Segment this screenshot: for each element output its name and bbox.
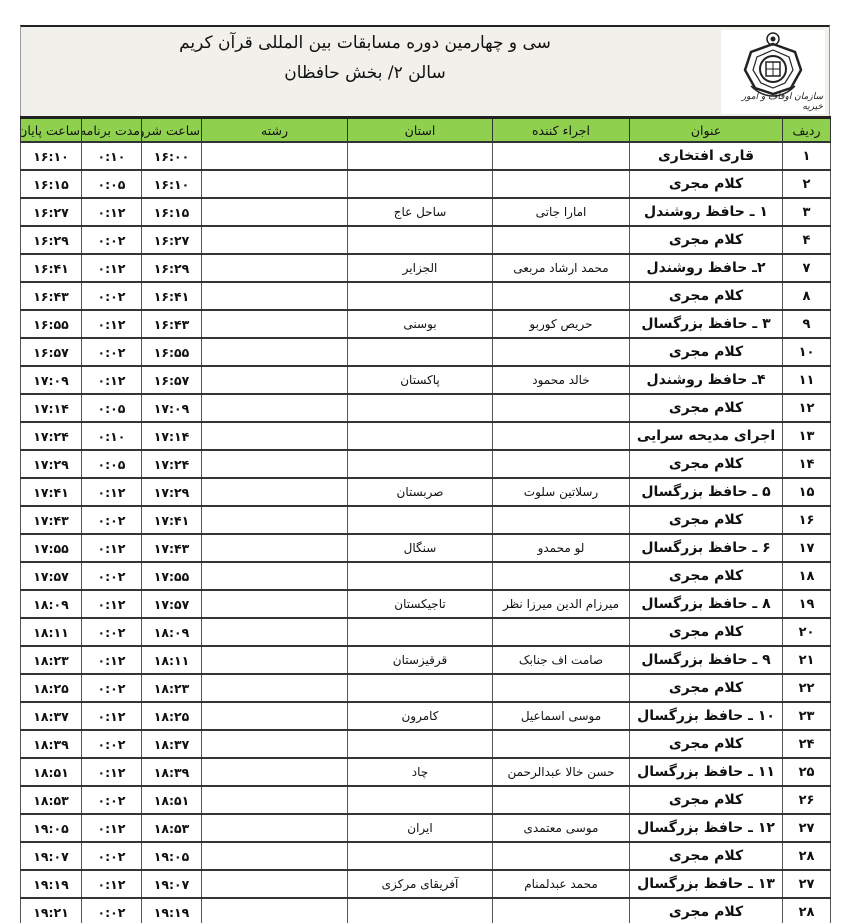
start-time: ۱۷:۵۷: [142, 590, 202, 618]
column-header-end-time: ساعت پایان: [21, 118, 82, 143]
end-time: ۱۹:۰۷: [21, 842, 82, 870]
table-row: ۱۲ کلام مجری ۱۷:۰۹ ۰:۰۵ ۱۷:۱۴: [21, 394, 831, 422]
province: [348, 562, 493, 590]
row-number: ۳: [783, 198, 831, 226]
field: [202, 786, 348, 814]
row-number: ۱۲: [783, 394, 831, 422]
field: [202, 618, 348, 646]
table-row: ۱۹ ۸ ـ حافظ بزرگسال میرزام الدین میرزا ن…: [21, 590, 831, 618]
start-time: ۱۶:۲۷: [142, 226, 202, 254]
table-row: ۴ کلام مجری ۱۶:۲۷ ۰:۰۲ ۱۶:۲۹: [21, 226, 831, 254]
row-number: ۱۵: [783, 478, 831, 506]
duration: ۰:۰۲: [82, 226, 142, 254]
field: [202, 254, 348, 282]
performer: حریص کوربو: [493, 310, 630, 338]
program-title: کلام مجری: [630, 282, 783, 310]
end-time: ۱۷:۴۱: [21, 478, 82, 506]
field: [202, 870, 348, 898]
table-row: ۱۶ کلام مجری ۱۷:۴۱ ۰:۰۲ ۱۷:۴۳: [21, 506, 831, 534]
field: [202, 170, 348, 198]
performer: [493, 394, 630, 422]
field: [202, 422, 348, 450]
start-time: ۱۷:۰۹: [142, 394, 202, 422]
start-time: ۱۶:۵۵: [142, 338, 202, 366]
performer: [493, 674, 630, 702]
province: [348, 618, 493, 646]
table-row: ۱۳ اجرای مدیحه سرایی ۱۷:۱۴ ۰:۱۰ ۱۷:۲۴: [21, 422, 831, 450]
province: صربستان: [348, 478, 493, 506]
table-row: ۲ کلام مجری ۱۶:۱۰ ۰:۰۵ ۱۶:۱۵: [21, 170, 831, 198]
row-number: ۲۲: [783, 674, 831, 702]
row-number: ۴: [783, 226, 831, 254]
row-number: ۱۸: [783, 562, 831, 590]
program-title: کلام مجری: [630, 786, 783, 814]
field: [202, 674, 348, 702]
performer: خالد محمود: [493, 366, 630, 394]
duration: ۰:۱۲: [82, 590, 142, 618]
duration: ۰:۰۲: [82, 898, 142, 923]
table-row: ۲۴ کلام مجری ۱۸:۳۷ ۰:۰۲ ۱۸:۳۹: [21, 730, 831, 758]
program-title: کلام مجری: [630, 338, 783, 366]
program-title: قاری افتخاری: [630, 142, 783, 170]
start-time: ۱۹:۰۵: [142, 842, 202, 870]
start-time: ۱۶:۱۰: [142, 170, 202, 198]
end-time: ۱۹:۲۱: [21, 898, 82, 923]
province: [348, 506, 493, 534]
table-row: ۲۸ کلام مجری ۱۹:۱۹ ۰:۰۲ ۱۹:۲۱: [21, 898, 831, 923]
row-number: ۲۳: [783, 702, 831, 730]
field: [202, 646, 348, 674]
column-header-province: استان: [348, 118, 493, 143]
program-title: کلام مجری: [630, 562, 783, 590]
duration: ۰:۱۲: [82, 702, 142, 730]
program-title: ۸ ـ حافظ بزرگسال: [630, 590, 783, 618]
start-time: ۱۷:۵۵: [142, 562, 202, 590]
field: [202, 562, 348, 590]
row-number: ۱۶: [783, 506, 831, 534]
start-time: ۱۹:۰۷: [142, 870, 202, 898]
start-time: ۱۶:۵۷: [142, 366, 202, 394]
province: [348, 786, 493, 814]
performer: [493, 842, 630, 870]
row-number: ۲۴: [783, 730, 831, 758]
field: [202, 366, 348, 394]
performer: محمد عبدلمنام: [493, 870, 630, 898]
province: تاجیکستان: [348, 590, 493, 618]
program-title: کلام مجری: [630, 226, 783, 254]
table-row: ۱۷ ۶ ـ حافظ بزرگسال لو محمدو سنگال ۱۷:۴۳…: [21, 534, 831, 562]
province: [348, 730, 493, 758]
end-time: ۱۹:۰۵: [21, 814, 82, 842]
duration: ۰:۰۲: [82, 506, 142, 534]
row-number: ۲۶: [783, 786, 831, 814]
end-time: ۱۸:۳۷: [21, 702, 82, 730]
province: قرقیزستان: [348, 646, 493, 674]
end-time: ۱۹:۱۹: [21, 870, 82, 898]
duration: ۰:۰۲: [82, 786, 142, 814]
field: [202, 758, 348, 786]
table-row: ۱۸ کلام مجری ۱۷:۵۵ ۰:۰۲ ۱۷:۵۷: [21, 562, 831, 590]
row-number: ۱۳: [783, 422, 831, 450]
program-title: ۱۲ ـ حافظ بزرگسال: [630, 814, 783, 842]
end-time: ۱۷:۱۴: [21, 394, 82, 422]
column-header-row-number: ردیف: [783, 118, 831, 143]
start-time: ۱۹:۱۹: [142, 898, 202, 923]
end-time: ۱۸:۵۱: [21, 758, 82, 786]
field: [202, 394, 348, 422]
duration: ۰:۱۲: [82, 478, 142, 506]
performer: موسی معتمدی: [493, 814, 630, 842]
duration: ۰:۱۲: [82, 870, 142, 898]
table-row: ۲۶ کلام مجری ۱۸:۵۱ ۰:۰۲ ۱۸:۵۳: [21, 786, 831, 814]
column-header-field: رشته: [202, 118, 348, 143]
program-title: ۱۰ ـ حافظ بزرگسال: [630, 702, 783, 730]
row-number: ۱۴: [783, 450, 831, 478]
row-number: ۱۰: [783, 338, 831, 366]
end-time: ۱۶:۴۱: [21, 254, 82, 282]
field: [202, 450, 348, 478]
field: [202, 226, 348, 254]
program-title: ۳ ـ حافظ بزرگسال: [630, 310, 783, 338]
duration: ۰:۱۲: [82, 310, 142, 338]
end-time: ۱۶:۲۹: [21, 226, 82, 254]
performer: [493, 226, 630, 254]
end-time: ۱۷:۵۷: [21, 562, 82, 590]
province: [348, 898, 493, 923]
duration: ۰:۱۲: [82, 198, 142, 226]
row-number: ۱۹: [783, 590, 831, 618]
table-row: ۲۳ ۱۰ ـ حافظ بزرگسال موسی اسماعیل کامرون…: [21, 702, 831, 730]
field: [202, 814, 348, 842]
program-title: کلام مجری: [630, 450, 783, 478]
duration: ۰:۱۲: [82, 814, 142, 842]
program-title: کلام مجری: [630, 842, 783, 870]
field: [202, 898, 348, 923]
province: [348, 226, 493, 254]
field: [202, 338, 348, 366]
page-subtitle: سالن ۲/ بخش حافظان: [21, 63, 709, 83]
duration: ۰:۰۵: [82, 394, 142, 422]
end-time: ۱۶:۱۰: [21, 142, 82, 170]
program-title: کلام مجری: [630, 170, 783, 198]
duration: ۰:۰۵: [82, 450, 142, 478]
duration: ۰:۰۲: [82, 842, 142, 870]
end-time: ۱۶:۴۳: [21, 282, 82, 310]
row-number: ۲۷: [783, 870, 831, 898]
start-time: ۱۷:۲۴: [142, 450, 202, 478]
row-number: ۲: [783, 170, 831, 198]
start-time: ۱۶:۲۹: [142, 254, 202, 282]
end-time: ۱۸:۳۹: [21, 730, 82, 758]
logo-caption: سازمان اوقاف و امور خیریه: [723, 92, 823, 112]
column-header-performer: اجراء کننده: [493, 118, 630, 143]
table-row: ۱۴ کلام مجری ۱۷:۲۴ ۰:۰۵ ۱۷:۲۹: [21, 450, 831, 478]
province: پاکستان: [348, 366, 493, 394]
end-time: ۱۸:۰۹: [21, 590, 82, 618]
duration: ۰:۱۰: [82, 422, 142, 450]
performer: [493, 898, 630, 923]
province: [348, 338, 493, 366]
row-number: ۹: [783, 310, 831, 338]
province: کامرون: [348, 702, 493, 730]
program-title: ۲ـ حافظ روشندل: [630, 254, 783, 282]
end-time: ۱۸:۵۳: [21, 786, 82, 814]
start-time: ۱۸:۳۷: [142, 730, 202, 758]
table-row: ۱ قاری افتخاری ۱۶:۰۰ ۰:۱۰ ۱۶:۱۰: [21, 142, 831, 170]
duration: ۰:۰۵: [82, 170, 142, 198]
start-time: ۱۶:۱۵: [142, 198, 202, 226]
performer: [493, 786, 630, 814]
province: الجزایر: [348, 254, 493, 282]
program-title: کلام مجری: [630, 394, 783, 422]
field: [202, 730, 348, 758]
column-header-duration: مدت برنامه: [82, 118, 142, 143]
field: [202, 506, 348, 534]
province: [348, 422, 493, 450]
table-row: ۲۱ ۹ ـ حافظ بزرگسال صامت اف جنابک قرقیزس…: [21, 646, 831, 674]
start-time: ۱۶:۰۰: [142, 142, 202, 170]
duration: ۰:۰۲: [82, 282, 142, 310]
column-header-start-time: ساعت شروع: [142, 118, 202, 143]
duration: ۰:۱۲: [82, 366, 142, 394]
end-time: ۱۷:۵۵: [21, 534, 82, 562]
field: [202, 478, 348, 506]
performer: موسی اسماعیل: [493, 702, 630, 730]
schedule-sheet: سی و چهارمین دوره مسابقات بین المللی قرآ…: [20, 25, 830, 923]
start-time: ۱۸:۲۳: [142, 674, 202, 702]
program-title: ۱۳ ـ حافظ بزرگسال: [630, 870, 783, 898]
program-title: کلام مجری: [630, 674, 783, 702]
field: [202, 310, 348, 338]
program-title: ۱۱ ـ حافظ بزرگسال: [630, 758, 783, 786]
program-title: کلام مجری: [630, 506, 783, 534]
province: [348, 842, 493, 870]
end-time: ۱۷:۲۴: [21, 422, 82, 450]
province: سنگال: [348, 534, 493, 562]
field: [202, 534, 348, 562]
province: ایران: [348, 814, 493, 842]
duration: ۰:۱۲: [82, 758, 142, 786]
table-row: ۲۷ ۱۲ ـ حافظ بزرگسال موسی معتمدی ایران ۱…: [21, 814, 831, 842]
end-time: ۱۷:۴۳: [21, 506, 82, 534]
start-time: ۱۶:۴۳: [142, 310, 202, 338]
duration: ۰:۰۲: [82, 618, 142, 646]
performer: [493, 730, 630, 758]
program-title: کلام مجری: [630, 730, 783, 758]
table-row: ۲۸ کلام مجری ۱۹:۰۵ ۰:۰۲ ۱۹:۰۷: [21, 842, 831, 870]
row-number: ۲۸: [783, 842, 831, 870]
end-time: ۱۶:۱۵: [21, 170, 82, 198]
end-time: ۱۸:۲۵: [21, 674, 82, 702]
table-row: ۷ ۲ـ حافظ روشندل محمد ارشاد مربعی الجزای…: [21, 254, 831, 282]
row-number: ۸: [783, 282, 831, 310]
duration: ۰:۰۲: [82, 674, 142, 702]
province: [348, 674, 493, 702]
province: [348, 170, 493, 198]
end-time: ۱۸:۲۳: [21, 646, 82, 674]
performer: [493, 618, 630, 646]
table-row: ۲۲ کلام مجری ۱۸:۲۳ ۰:۰۲ ۱۸:۲۵: [21, 674, 831, 702]
field: [202, 702, 348, 730]
row-number: ۱۱: [783, 366, 831, 394]
field: [202, 842, 348, 870]
row-number: ۲۵: [783, 758, 831, 786]
start-time: ۱۸:۱۱: [142, 646, 202, 674]
end-time: ۱۷:۰۹: [21, 366, 82, 394]
field: [202, 198, 348, 226]
performer: [493, 422, 630, 450]
end-time: ۱۶:۲۷: [21, 198, 82, 226]
end-time: ۱۶:۵۵: [21, 310, 82, 338]
province: [348, 394, 493, 422]
end-time: ۱۸:۱۱: [21, 618, 82, 646]
row-number: ۲۷: [783, 814, 831, 842]
program-title: ۴ـ حافظ روشندل: [630, 366, 783, 394]
start-time: ۱۸:۵۳: [142, 814, 202, 842]
performer: [493, 338, 630, 366]
row-number: ۷: [783, 254, 831, 282]
page-title: سی و چهارمین دوره مسابقات بین المللی قرآ…: [21, 33, 709, 53]
province: ساحل عاج: [348, 198, 493, 226]
program-title: کلام مجری: [630, 618, 783, 646]
organization-emblem-icon: سازمان اوقاف و امور خیریه: [721, 30, 825, 114]
performer: صامت اف جنابک: [493, 646, 630, 674]
start-time: ۱۸:۳۹: [142, 758, 202, 786]
duration: ۰:۱۲: [82, 646, 142, 674]
performer: لو محمدو: [493, 534, 630, 562]
province: [348, 142, 493, 170]
title-block: سی و چهارمین دوره مسابقات بین المللی قرآ…: [20, 25, 830, 116]
performer: [493, 170, 630, 198]
program-title: کلام مجری: [630, 898, 783, 923]
duration: ۰:۱۲: [82, 254, 142, 282]
start-time: ۱۷:۴۳: [142, 534, 202, 562]
performer: [493, 562, 630, 590]
duration: ۰:۱۰: [82, 142, 142, 170]
province: آفریقای مرکزی: [348, 870, 493, 898]
performer: [493, 506, 630, 534]
schedule-table: ردیف عنوان اجراء کننده استان رشته ساعت ش…: [20, 116, 831, 923]
row-number: ۲۰: [783, 618, 831, 646]
province: [348, 450, 493, 478]
performer: امارا جاتی: [493, 198, 630, 226]
table-row: ۱۵ ۵ ـ حافظ بزرگسال رسلاتین سلوت صربستان…: [21, 478, 831, 506]
end-time: ۱۶:۵۷: [21, 338, 82, 366]
start-time: ۱۷:۲۹: [142, 478, 202, 506]
performer: [493, 282, 630, 310]
table-row: ۲۰ کلام مجری ۱۸:۰۹ ۰:۰۲ ۱۸:۱۱: [21, 618, 831, 646]
table-row: ۸ کلام مجری ۱۶:۴۱ ۰:۰۲ ۱۶:۴۳: [21, 282, 831, 310]
table-row: ۳ ۱ ـ حافظ روشندل امارا جاتی ساحل عاج ۱۶…: [21, 198, 831, 226]
row-number: ۱: [783, 142, 831, 170]
province: بوسنی: [348, 310, 493, 338]
table-row: ۲۵ ۱۱ ـ حافظ بزرگسال حسن خالا عبدالرحمن …: [21, 758, 831, 786]
performer: محمد ارشاد مربعی: [493, 254, 630, 282]
duration: ۰:۱۲: [82, 534, 142, 562]
table-row: ۱۰ کلام مجری ۱۶:۵۵ ۰:۰۲ ۱۶:۵۷: [21, 338, 831, 366]
program-title: ۹ ـ حافظ بزرگسال: [630, 646, 783, 674]
duration: ۰:۰۲: [82, 730, 142, 758]
row-number: ۲۸: [783, 898, 831, 923]
start-time: ۱۸:۲۵: [142, 702, 202, 730]
province: چاد: [348, 758, 493, 786]
table-header-row: ردیف عنوان اجراء کننده استان رشته ساعت ش…: [21, 118, 831, 143]
end-time: ۱۷:۲۹: [21, 450, 82, 478]
program-title: ۱ ـ حافظ روشندل: [630, 198, 783, 226]
duration: ۰:۰۲: [82, 562, 142, 590]
field: [202, 590, 348, 618]
start-time: ۱۶:۴۱: [142, 282, 202, 310]
program-title: ۵ ـ حافظ بزرگسال: [630, 478, 783, 506]
row-number: ۱۷: [783, 534, 831, 562]
performer: میرزام الدین میرزا نظر: [493, 590, 630, 618]
column-header-title: عنوان: [630, 118, 783, 143]
table-row: ۹ ۳ ـ حافظ بزرگسال حریص کوربو بوسنی ۱۶:۴…: [21, 310, 831, 338]
program-title: ۶ ـ حافظ بزرگسال: [630, 534, 783, 562]
performer: [493, 450, 630, 478]
table-row: ۲۷ ۱۳ ـ حافظ بزرگسال محمد عبدلمنام آفریق…: [21, 870, 831, 898]
performer: حسن خالا عبدالرحمن: [493, 758, 630, 786]
province: [348, 282, 493, 310]
table-row: ۱۱ ۴ـ حافظ روشندل خالد محمود پاکستان ۱۶:…: [21, 366, 831, 394]
duration: ۰:۰۲: [82, 338, 142, 366]
performer: [493, 142, 630, 170]
start-time: ۱۷:۴۱: [142, 506, 202, 534]
row-number: ۲۱: [783, 646, 831, 674]
start-time: ۱۸:۵۱: [142, 786, 202, 814]
field: [202, 282, 348, 310]
field: [202, 142, 348, 170]
program-title: اجرای مدیحه سرایی: [630, 422, 783, 450]
performer: رسلاتین سلوت: [493, 478, 630, 506]
start-time: ۱۸:۰۹: [142, 618, 202, 646]
start-time: ۱۷:۱۴: [142, 422, 202, 450]
